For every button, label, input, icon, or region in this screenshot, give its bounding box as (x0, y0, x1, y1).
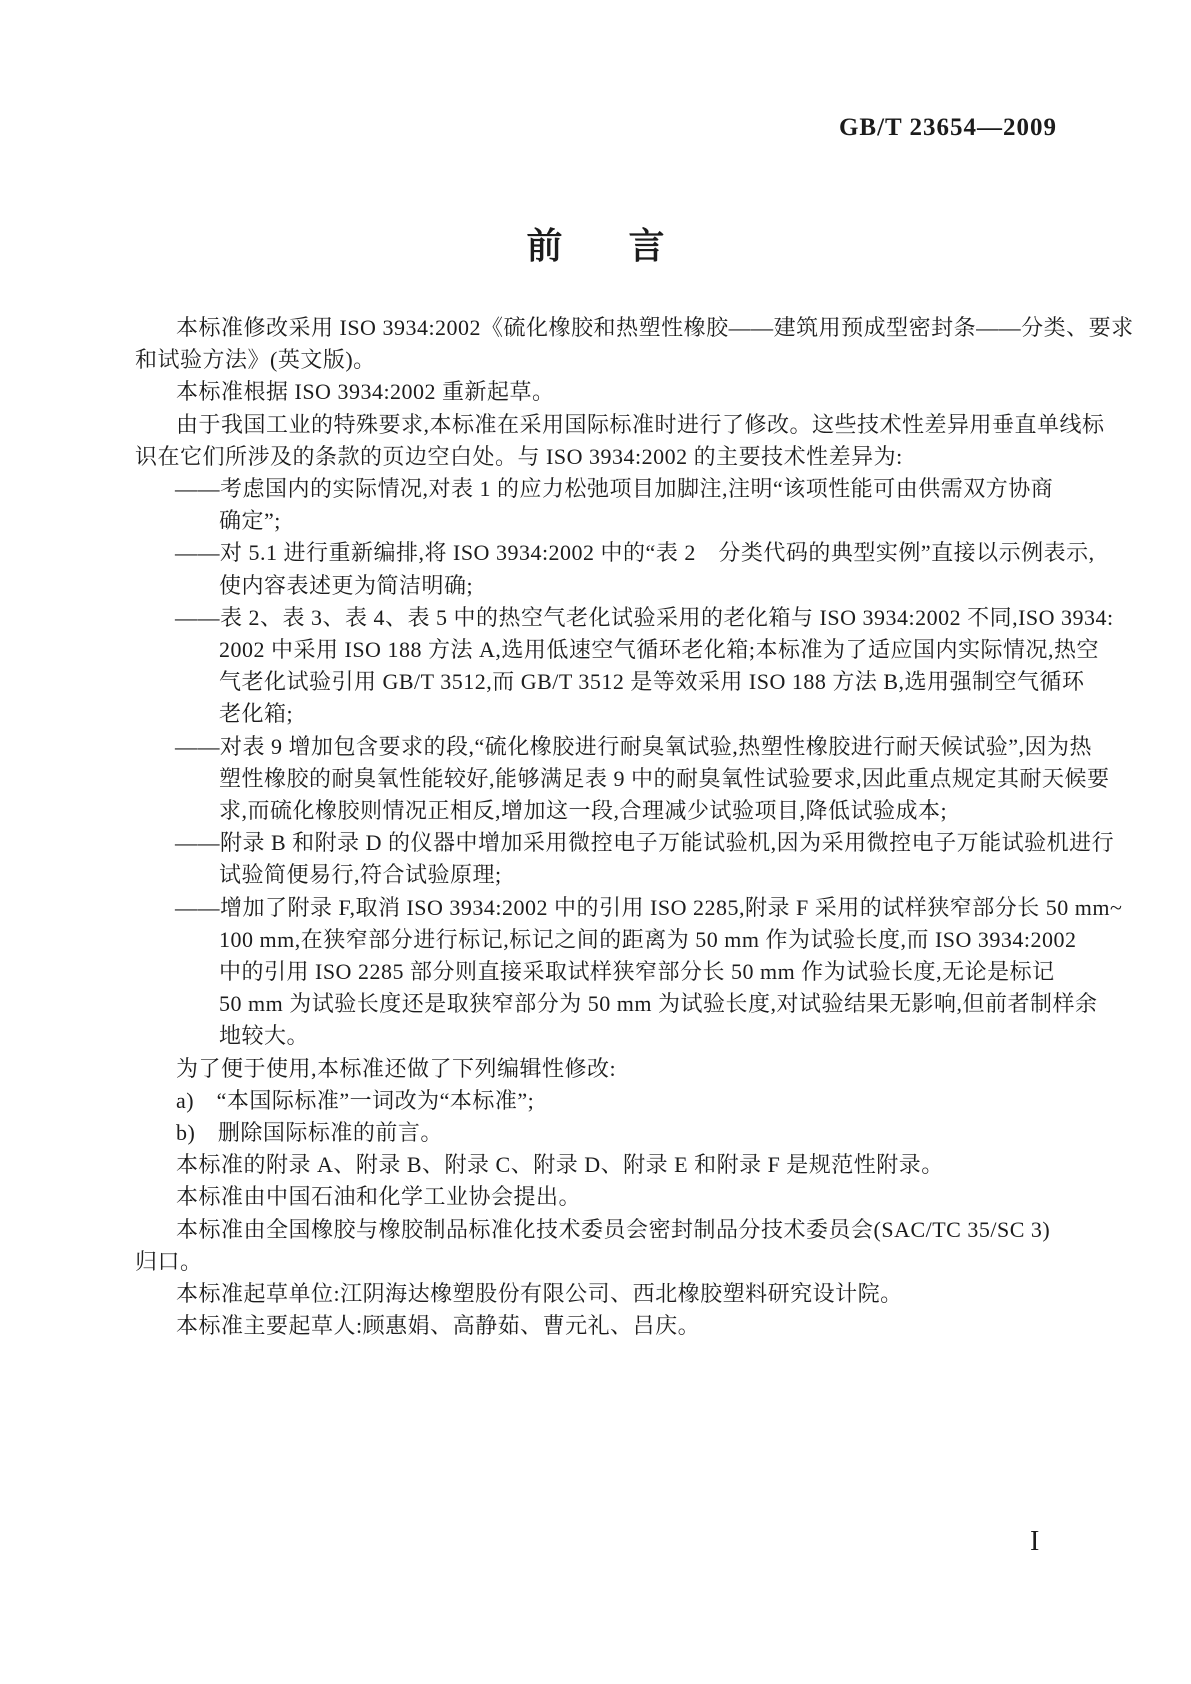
body-line: 中的引用 ISO 2285 部分则直接采取试样狭窄部分长 50 mm 作为试验长… (135, 956, 1075, 988)
body-line: ——考虑国内的实际情况,对表 1 的应力松弛项目加脚注,注明“该项性能可由供需双… (135, 473, 1075, 505)
body-line: ——表 2、表 3、表 4、表 5 中的热空气老化试验采用的老化箱与 ISO 3… (135, 602, 1075, 634)
body-line: 本标准由中国石油和化学工业协会提出。 (135, 1181, 1075, 1213)
page-title: 前 言 (0, 228, 1191, 264)
body-line: 确定”; (135, 505, 1075, 537)
page-title-char: 言 (629, 228, 665, 264)
body-line: 为了便于使用,本标准还做了下列编辑性修改: (135, 1053, 1075, 1085)
doc-number: GB/T 23654—2009 (839, 114, 1057, 142)
body-line: 本标准根据 ISO 3934:2002 重新起草。 (135, 376, 1075, 408)
body-line: 由于我国工业的特殊要求,本标准在采用国际标准时进行了修改。这些技术性差异用垂直单… (135, 409, 1075, 441)
body-line: 使内容表述更为简洁明确; (135, 570, 1075, 602)
body-line: 塑性橡胶的耐臭氧性能较好,能够满足表 9 中的耐臭氧性试验要求,因此重点规定其耐… (135, 763, 1075, 795)
body-line: 50 mm 为试验长度还是取狭窄部分为 50 mm 为试验长度,对试验结果无影响… (135, 988, 1075, 1020)
page-number: I (1030, 1526, 1039, 1558)
body-line: 本标准由全国橡胶与橡胶制品标准化技术委员会密封制品分技术委员会(SAC/TC 3… (135, 1214, 1075, 1246)
body-line: ——对 5.1 进行重新编排,将 ISO 3934:2002 中的“表 2 分类… (135, 537, 1075, 569)
body-line: 求,而硫化橡胶则情况正相反,增加这一段,合理减少试验项目,降低试验成本; (135, 795, 1075, 827)
body-line-item-b: b) 删除国际标准的前言。 (135, 1117, 1075, 1149)
body-line: 老化箱; (135, 698, 1075, 730)
body-line: ——增加了附录 F,取消 ISO 3934:2002 中的引用 ISO 2285… (135, 892, 1075, 924)
body-line: ——附录 B 和附录 D 的仪器中增加采用微控电子万能试验机,因为采用微控电子万… (135, 827, 1075, 859)
body-line-item-a: a) “本国际标准”一词改为“本标准”; (135, 1085, 1075, 1117)
document-body: 本标准修改采用 ISO 3934:2002《硫化橡胶和热塑性橡胶——建筑用预成型… (135, 312, 1075, 1343)
body-line: 归口。 (135, 1246, 1075, 1278)
body-line: 本标准修改采用 ISO 3934:2002《硫化橡胶和热塑性橡胶——建筑用预成型… (135, 312, 1075, 344)
document-page: GB/T 23654—2009 前 言 本标准修改采用 ISO 3934:200… (0, 0, 1191, 1684)
page-title-char: 前 (526, 228, 562, 264)
body-line: 本标准的附录 A、附录 B、附录 C、附录 D、附录 E 和附录 F 是规范性附… (135, 1149, 1075, 1181)
body-line: 2002 中采用 ISO 188 方法 A,选用低速空气循环老化箱;本标准为了适… (135, 634, 1075, 666)
body-line: 气老化试验引用 GB/T 3512,而 GB/T 3512 是等效采用 ISO … (135, 666, 1075, 698)
body-line: 本标准主要起草人:顾惠娟、高静茹、曹元礼、吕庆。 (135, 1310, 1075, 1342)
body-line: 地较大。 (135, 1020, 1075, 1052)
body-line: 本标准起草单位:江阴海达橡塑股份有限公司、西北橡胶塑料研究设计院。 (135, 1278, 1075, 1310)
body-line: 100 mm,在狭窄部分进行标记,标记之间的距离为 50 mm 作为试验长度,而… (135, 924, 1075, 956)
body-line: 试验简便易行,符合试验原理; (135, 859, 1075, 891)
body-line: 识在它们所涉及的条款的页边空白处。与 ISO 3934:2002 的主要技术性差… (135, 441, 1075, 473)
body-line: 和试验方法》(英文版)。 (135, 344, 1075, 376)
body-line: ——对表 9 增加包含要求的段,“硫化橡胶进行耐臭氧试验,热塑性橡胶进行耐天候试… (135, 731, 1075, 763)
